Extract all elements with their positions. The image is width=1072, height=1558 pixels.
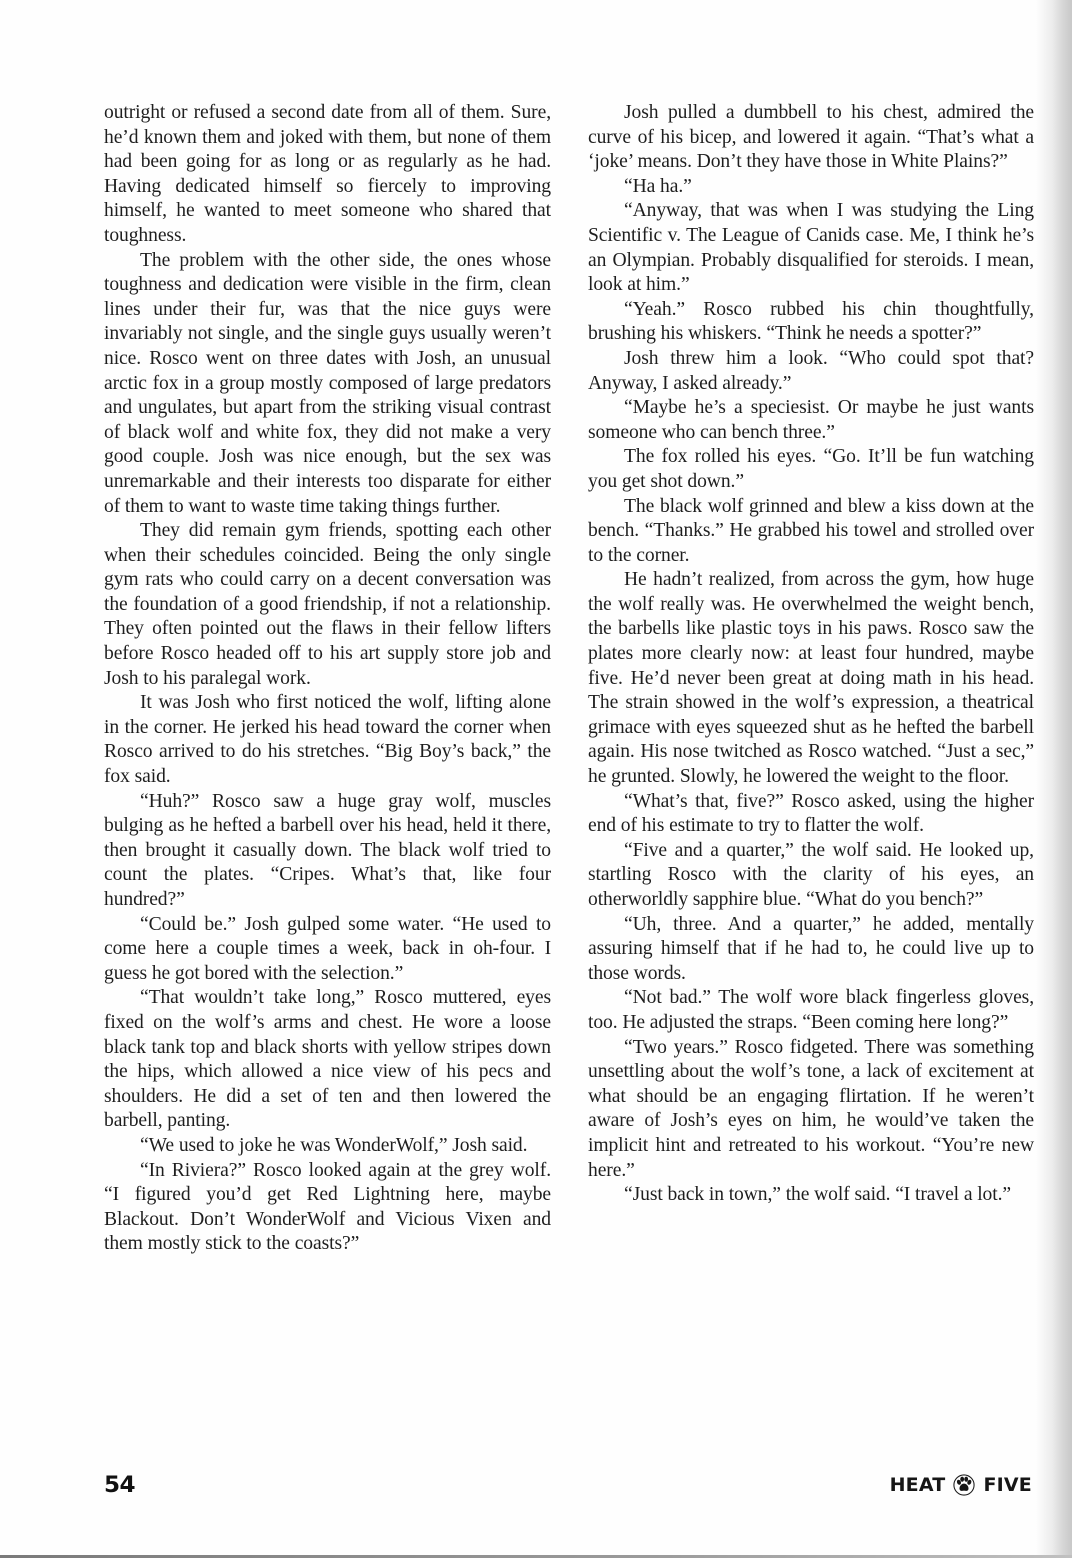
paragraph: “Just back in town,” the wolf said. “I t… [588,1183,1034,1208]
paw-print-icon [953,1474,975,1496]
running-footer-left-word: HEAT [890,1474,946,1496]
paragraph: “Ha ha.” [588,175,1034,200]
paragraph: “Yeah.” Rosco rubbed his chin thought­fu… [588,298,1034,347]
paragraph: Josh threw him a look. “Who could spot t… [588,347,1034,396]
running-footer-right-word: FIVE [983,1474,1032,1496]
paragraph: outright or refused a second date from a… [104,101,551,249]
paragraph: “Two years.” Rosco fidgeted. There was s… [588,1036,1034,1184]
paragraph: “Uh, three. And a quarter,” he added, me… [588,913,1034,987]
page-number: 54 [104,1473,135,1498]
paragraph: The problem with the other side, the one… [104,249,551,520]
paragraph: “Could be.” Josh gulped some water. “He … [104,913,551,987]
left-text-column: outright or refused a second date from a… [104,101,551,1257]
paragraph: “That wouldn’t take long,” Rosco muttere… [104,986,551,1134]
paragraph: He hadn’t realized, from across the gym,… [588,568,1034,789]
running-footer: HEAT FIVE [890,1474,1032,1496]
paragraph: It was Josh who first noticed the wolf, … [104,691,551,789]
paragraph: “Anyway, that was when I was studying th… [588,199,1034,297]
book-page: outright or refused a second date from a… [0,0,1072,1558]
paragraph: “Maybe he’s a speciesist. Or maybe he ju… [588,396,1034,445]
paragraph: They did remain gym friends, spotting ea… [104,519,551,691]
paragraph: Josh pulled a dumbbell to his chest, ad­… [588,101,1034,175]
paragraph: “In Riviera?” Rosco looked again at the … [104,1159,551,1257]
paragraph: “Not bad.” The wolf wore black fingerles… [588,986,1034,1035]
scan-edge-shadow [1036,0,1072,1558]
paragraph: “What’s that, five?” Rosco asked, using … [588,790,1034,839]
paragraph: “Huh?” Rosco saw a huge gray wolf, muscl… [104,790,551,913]
paragraph: “We used to joke he was WonderWolf,” Jos… [104,1134,551,1159]
paragraph: The fox rolled his eyes. “Go. It’ll be f… [588,445,1034,494]
right-text-column: Josh pulled a dumbbell to his chest, ad­… [588,101,1034,1208]
paragraph: “Five and a quarter,” the wolf said. He … [588,839,1034,913]
paragraph: The black wolf grinned and blew a kiss d… [588,495,1034,569]
